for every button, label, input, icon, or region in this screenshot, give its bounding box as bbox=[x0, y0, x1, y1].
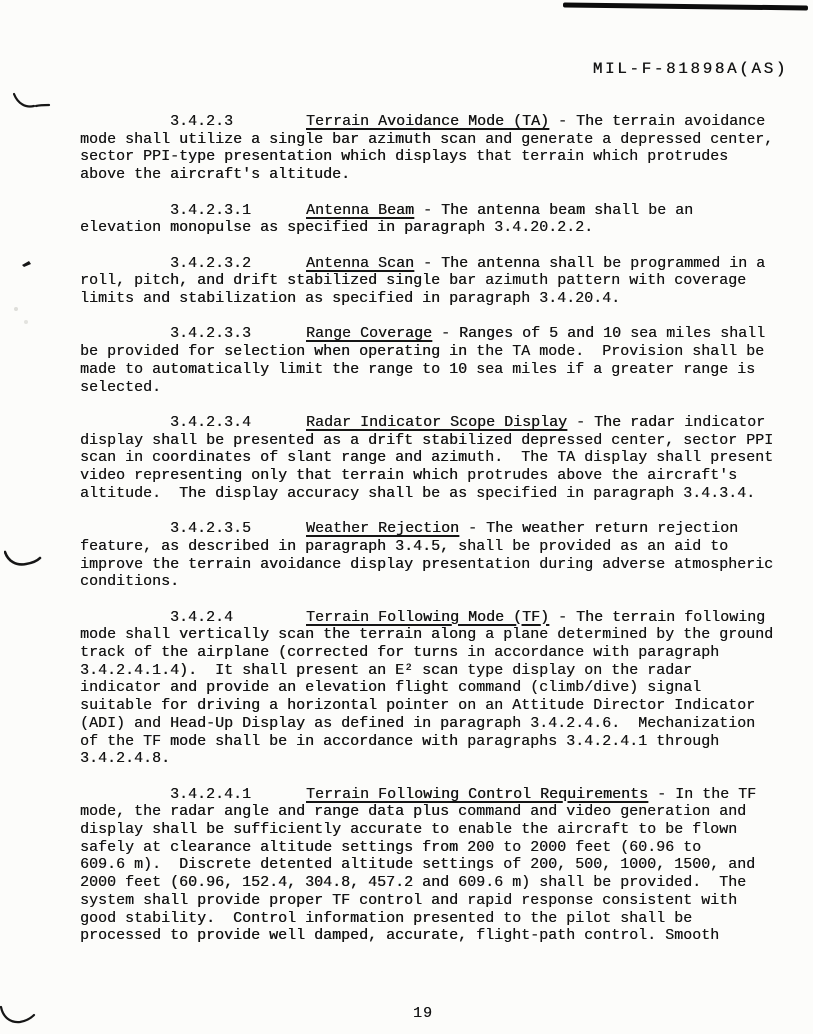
pen-swoosh-icon bbox=[4, 550, 42, 570]
paragraph-heading: Terrain Following Mode (TF) bbox=[306, 609, 549, 626]
paragraph-heading: Antenna Beam bbox=[306, 202, 414, 219]
faint-smudge-icon bbox=[12, 305, 32, 327]
document-id-header: MIL-F-81898A(AS) bbox=[593, 60, 788, 78]
paragraph-3-4-2-4-1: 3.4.2.4.1Terrain Following Control Requi… bbox=[80, 786, 796, 945]
paragraph-number: 3.4.2.3.4 bbox=[80, 414, 306, 432]
paragraph-heading: Terrain Avoidance Mode (TA) bbox=[306, 113, 549, 130]
paragraph-number: 3.4.2.4 bbox=[80, 609, 306, 627]
paragraph-number: 3.4.2.4.1 bbox=[80, 786, 306, 804]
paragraph-heading: Weather Rejection bbox=[306, 520, 459, 537]
paragraph-number: 3.4.2.3 bbox=[80, 113, 306, 131]
paragraph-text: - In the TF mode, the radar angle and ra… bbox=[80, 786, 756, 945]
paragraph-3-4-2-3-1: 3.4.2.3.1Antenna Beam - The antenna beam… bbox=[80, 202, 796, 237]
paragraph-3-4-2-3-3: 3.4.2.3.3Range Coverage - Ranges of 5 an… bbox=[80, 325, 796, 396]
paragraph-number: 3.4.2.3.5 bbox=[80, 520, 306, 538]
paragraph-number: 3.4.2.3.3 bbox=[80, 325, 306, 343]
pen-dash-icon bbox=[21, 260, 32, 268]
scan-line-artifact bbox=[563, 3, 808, 10]
pen-swoosh-icon bbox=[13, 92, 51, 112]
paragraph-3-4-2-3-2: 3.4.2.3.2Antenna Scan - The antenna shal… bbox=[80, 255, 796, 308]
paragraph-text: - The terrain following mode shall verti… bbox=[80, 609, 773, 768]
page-number: 19 bbox=[413, 1005, 433, 1022]
pen-swoosh-icon bbox=[0, 1005, 36, 1027]
paragraph-heading: Range Coverage bbox=[306, 325, 432, 342]
paragraph-3-4-2-4: 3.4.2.4Terrain Following Mode (TF) - The… bbox=[80, 609, 796, 768]
paragraph-heading: Antenna Scan bbox=[306, 255, 414, 272]
document-body: 3.4.2.3Terrain Avoidance Mode (TA) - The… bbox=[80, 113, 796, 963]
paragraph-3-4-2-3-4: 3.4.2.3.4Radar Indicator Scope Display -… bbox=[80, 414, 796, 503]
paragraph-heading: Terrain Following Control Requirements bbox=[306, 786, 648, 803]
paragraph-3-4-2-3: 3.4.2.3Terrain Avoidance Mode (TA) - The… bbox=[80, 113, 796, 184]
paragraph-number: 3.4.2.3.1 bbox=[80, 202, 306, 220]
paragraph-number: 3.4.2.3.2 bbox=[80, 255, 306, 273]
document-page: MIL-F-81898A(AS) 3.4.2.3Terrain Avoidanc… bbox=[0, 0, 813, 1034]
paragraph-3-4-2-3-5: 3.4.2.3.5Weather Rejection - The weather… bbox=[80, 520, 796, 591]
paragraph-heading: Radar Indicator Scope Display bbox=[306, 414, 567, 431]
